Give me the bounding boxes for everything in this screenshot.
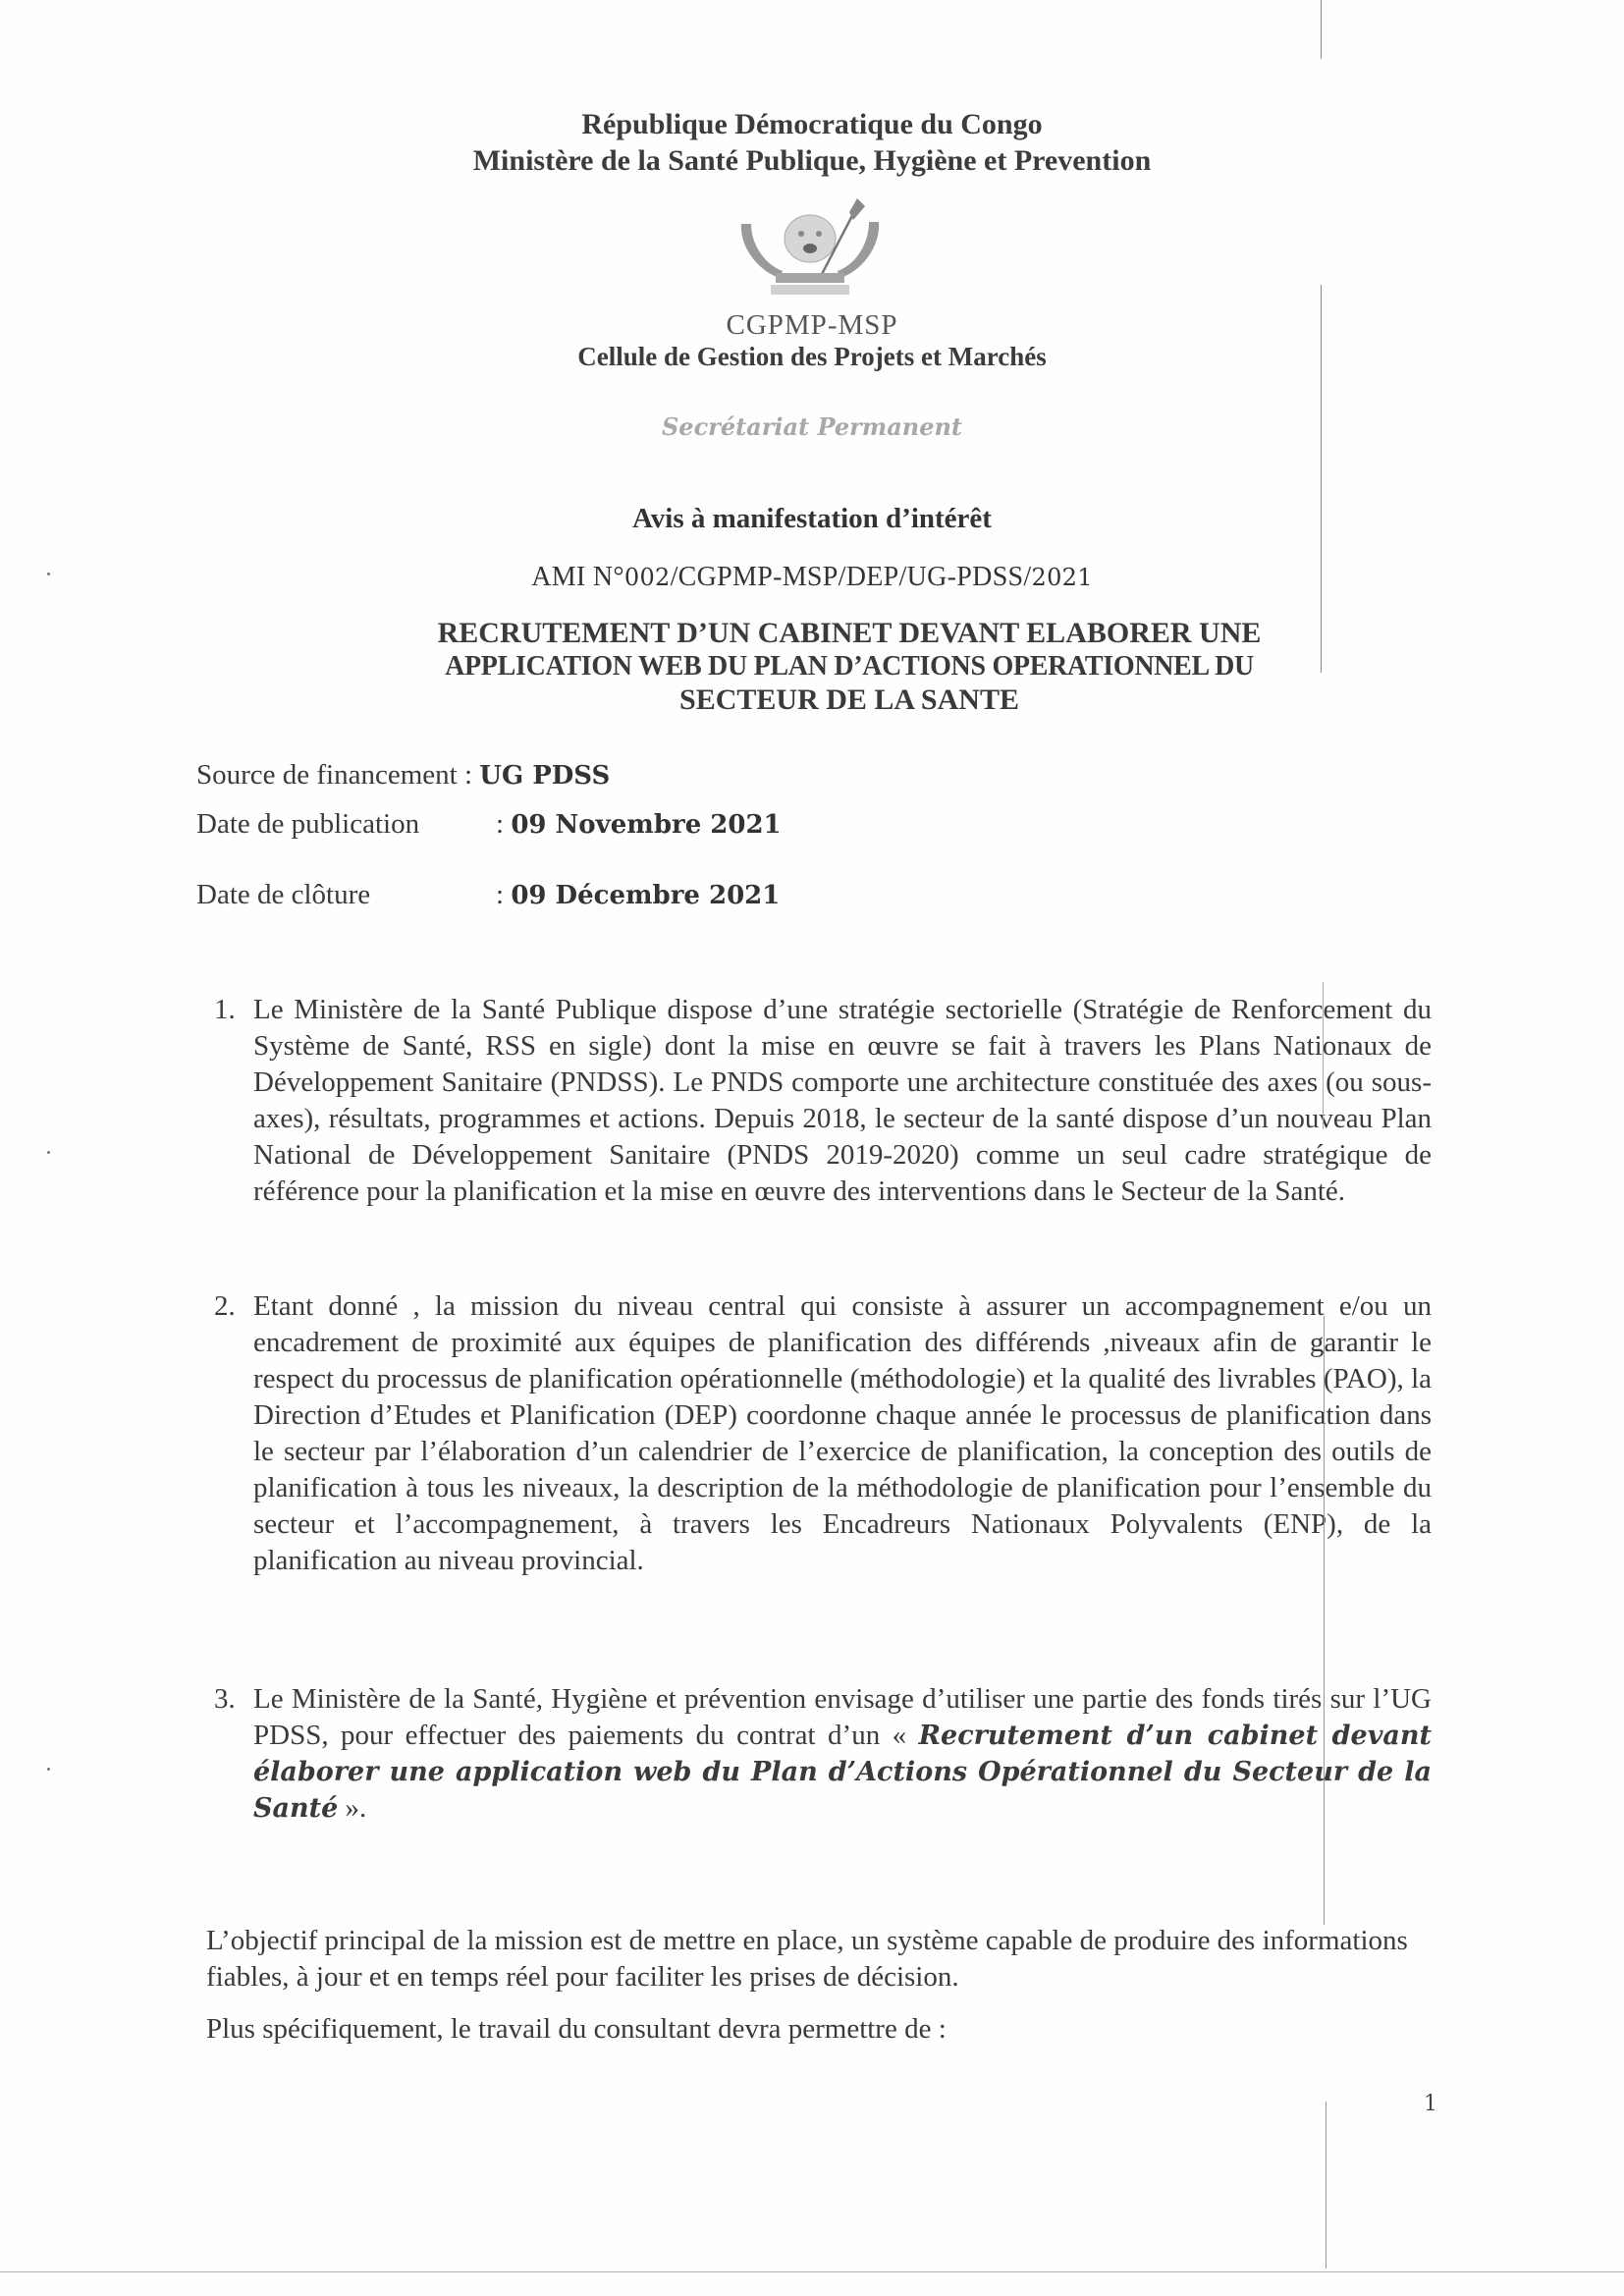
- scan-speck: [47, 573, 50, 575]
- reference-prefix: AMI N°: [531, 562, 624, 592]
- paragraph-3: 3. Le Ministère de la Santé, Hygiène et …: [253, 1681, 1432, 1827]
- document-page: République Démocratique du Congo Ministè…: [0, 0, 1624, 2296]
- department-name: Secrétariat Permanent: [0, 412, 1624, 441]
- scan-line: [1323, 982, 1324, 1129]
- country-name: République Démocratique du Congo: [0, 106, 1624, 143]
- title-line-1: RECRUTEMENT D’UN CABINET DEVANT ELABORER…: [353, 617, 1345, 650]
- notice-reference: AMI N°002/CGPMP-MSP/DEP/UG-PDSS/2021: [0, 562, 1624, 593]
- paragraph-text: Le Ministère de la Santé Publique dispos…: [253, 994, 1432, 1207]
- publication-date: Date de publication : 09 Novembre 2021: [196, 808, 419, 841]
- paragraph-number: 1.: [214, 992, 236, 1028]
- title-line-3: SECTEUR DE LA SANTE: [353, 683, 1345, 717]
- funding-value: UG PDSS: [479, 761, 610, 791]
- specific-intro-text: Plus spécifiquement, le travail du consu…: [206, 2011, 1434, 2048]
- agency-name: Cellule de Gestion des Projets et Marché…: [0, 342, 1624, 372]
- objective-text: L’objectif principal de la mission est d…: [206, 1923, 1434, 1995]
- notice-type: Avis à manifestation d’intérêt: [0, 503, 1624, 535]
- publication-label: Date de publication: [196, 808, 419, 840]
- publication-value: 09 Novembre 2021: [511, 810, 781, 840]
- agency-acronym: CGPMP-MSP: [0, 309, 1624, 342]
- paragraph-text-end: ».: [338, 1792, 366, 1824]
- reference-number: 002: [624, 564, 671, 591]
- page-number: 1: [1424, 2092, 1437, 2116]
- funding-source: Source de financement : UG PDSS: [196, 759, 610, 792]
- paragraph-text: Etant donné , la mission du niveau centr…: [253, 1290, 1432, 1576]
- scan-line: [1321, 285, 1322, 673]
- scan-line: [1321, 0, 1322, 59]
- scan-speck: [47, 1151, 50, 1154]
- closing-date: Date de clôture : 09 Décembre 2021: [196, 879, 370, 911]
- closing-value: 09 Décembre 2021: [511, 881, 780, 910]
- paragraph-number: 3.: [214, 1681, 236, 1718]
- scan-line: [1324, 1316, 1325, 1925]
- reference-year: 2021: [1032, 564, 1093, 591]
- coat-of-arms-icon: [722, 194, 898, 302]
- title-line-2: APPLICATION WEB DU PLAN D’ACTIONS OPERAT…: [353, 650, 1345, 683]
- ministry-name: Ministère de la Santé Publique, Hygiène …: [0, 142, 1624, 180]
- closing-label: Date de clôture: [196, 879, 370, 910]
- scan-line: [1326, 2102, 1326, 2269]
- funding-label: Source de financement: [196, 759, 458, 791]
- reference-path: /CGPMP-MSP/DEP/UG-PDSS/: [671, 562, 1032, 592]
- paragraph-1: 1. Le Ministère de la Santé Publique dis…: [253, 992, 1432, 1210]
- paragraph-number: 2.: [214, 1288, 236, 1325]
- scan-edge: [0, 2271, 1624, 2272]
- scan-speck: [47, 1768, 50, 1771]
- notice-title: RECRUTEMENT D’UN CABINET DEVANT ELABORER…: [353, 617, 1345, 717]
- paragraph-2: 2. Etant donné , la mission du niveau ce…: [253, 1288, 1432, 1579]
